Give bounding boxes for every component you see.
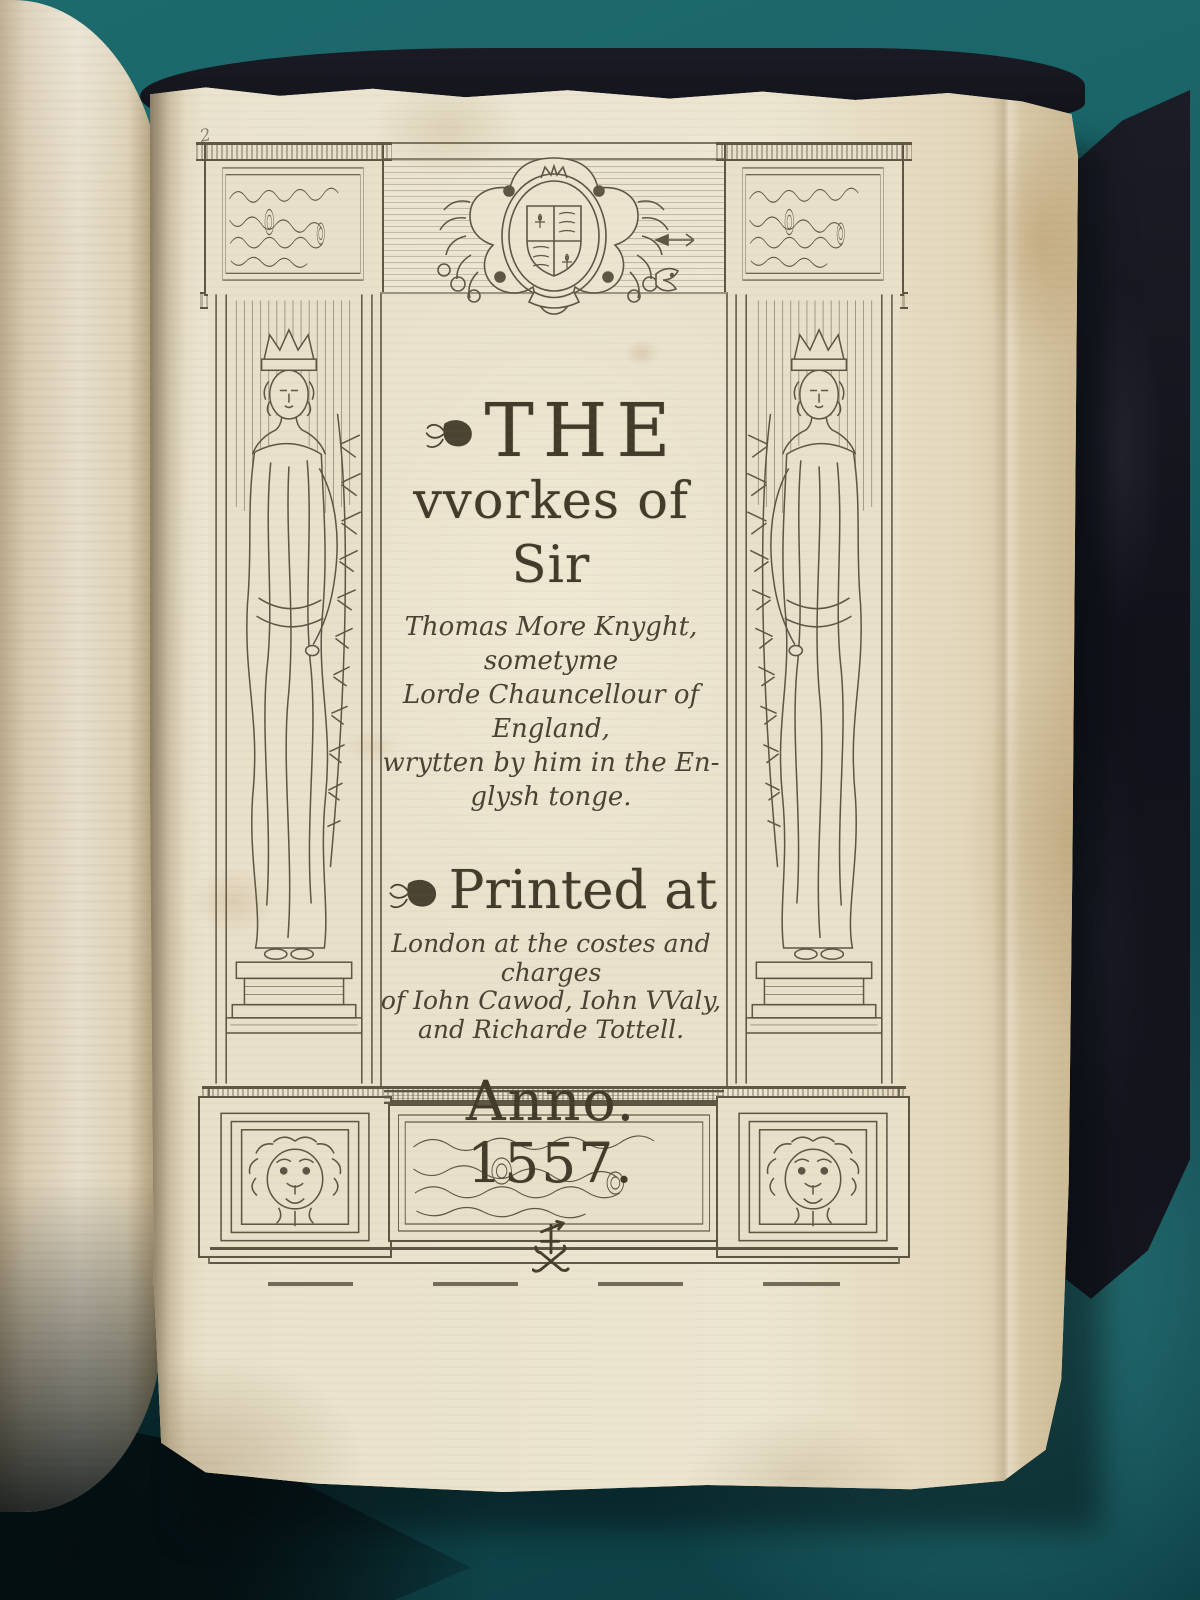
title-line-workes: vvorkes of Sir — [378, 470, 724, 598]
photo-background: 2 — [0, 0, 1200, 1600]
imprint-line-1: London at the costes and charges — [378, 930, 724, 987]
imprint-block: London at the costes and charges of Iohn… — [378, 930, 724, 1044]
ground-dashes — [268, 1282, 840, 1286]
title-line-the: THE — [378, 394, 724, 468]
printer-device-icon — [532, 1218, 570, 1276]
subtitle-block: Thomas More Knyght, sometyme Lorde Chaun… — [378, 610, 724, 814]
title-word-the: THE — [485, 394, 680, 468]
date-line: Anno. 1557. — [378, 1070, 724, 1194]
imprint-heading: Printed at — [449, 860, 717, 922]
marbled-pier-top-left — [204, 142, 384, 296]
page-crease — [992, 86, 1022, 1492]
subtitle-line-3: wrytten by him in the En- — [378, 746, 724, 780]
marble-panel-icon — [222, 166, 364, 282]
lion-mask-right-icon — [716, 1096, 910, 1258]
royal-crest-icon — [414, 144, 694, 334]
title-text-block: THE vvorkes of Sir Thomas More Knyght, s… — [378, 308, 724, 1280]
book-title-page: 2 — [150, 86, 1078, 1492]
marble-panel-icon — [742, 166, 884, 282]
caryatid-right-icon — [726, 292, 900, 1086]
lion-mask-left-icon — [198, 1096, 392, 1258]
hedera-fleuron-icon — [385, 876, 443, 916]
subtitle-line-2: Lorde Chauncellour of England, — [378, 678, 724, 746]
hedera-fleuron-icon — [423, 416, 477, 456]
imprint-heading-line: Printed at — [378, 860, 724, 922]
imprint-line-3: and Richarde Tottell. — [378, 1016, 724, 1045]
caryatid-left-icon — [208, 292, 382, 1086]
imprint-line-2: of Iohn Cawod, Iohn VValy, — [378, 987, 724, 1016]
marbled-pier-top-right — [724, 142, 904, 296]
subtitle-line-4: glysh tonge. — [378, 780, 724, 814]
book-page-stack — [0, 0, 163, 1512]
gutter-shadow — [150, 86, 186, 1492]
subtitle-line-1: Thomas More Knyght, sometyme — [378, 610, 724, 678]
